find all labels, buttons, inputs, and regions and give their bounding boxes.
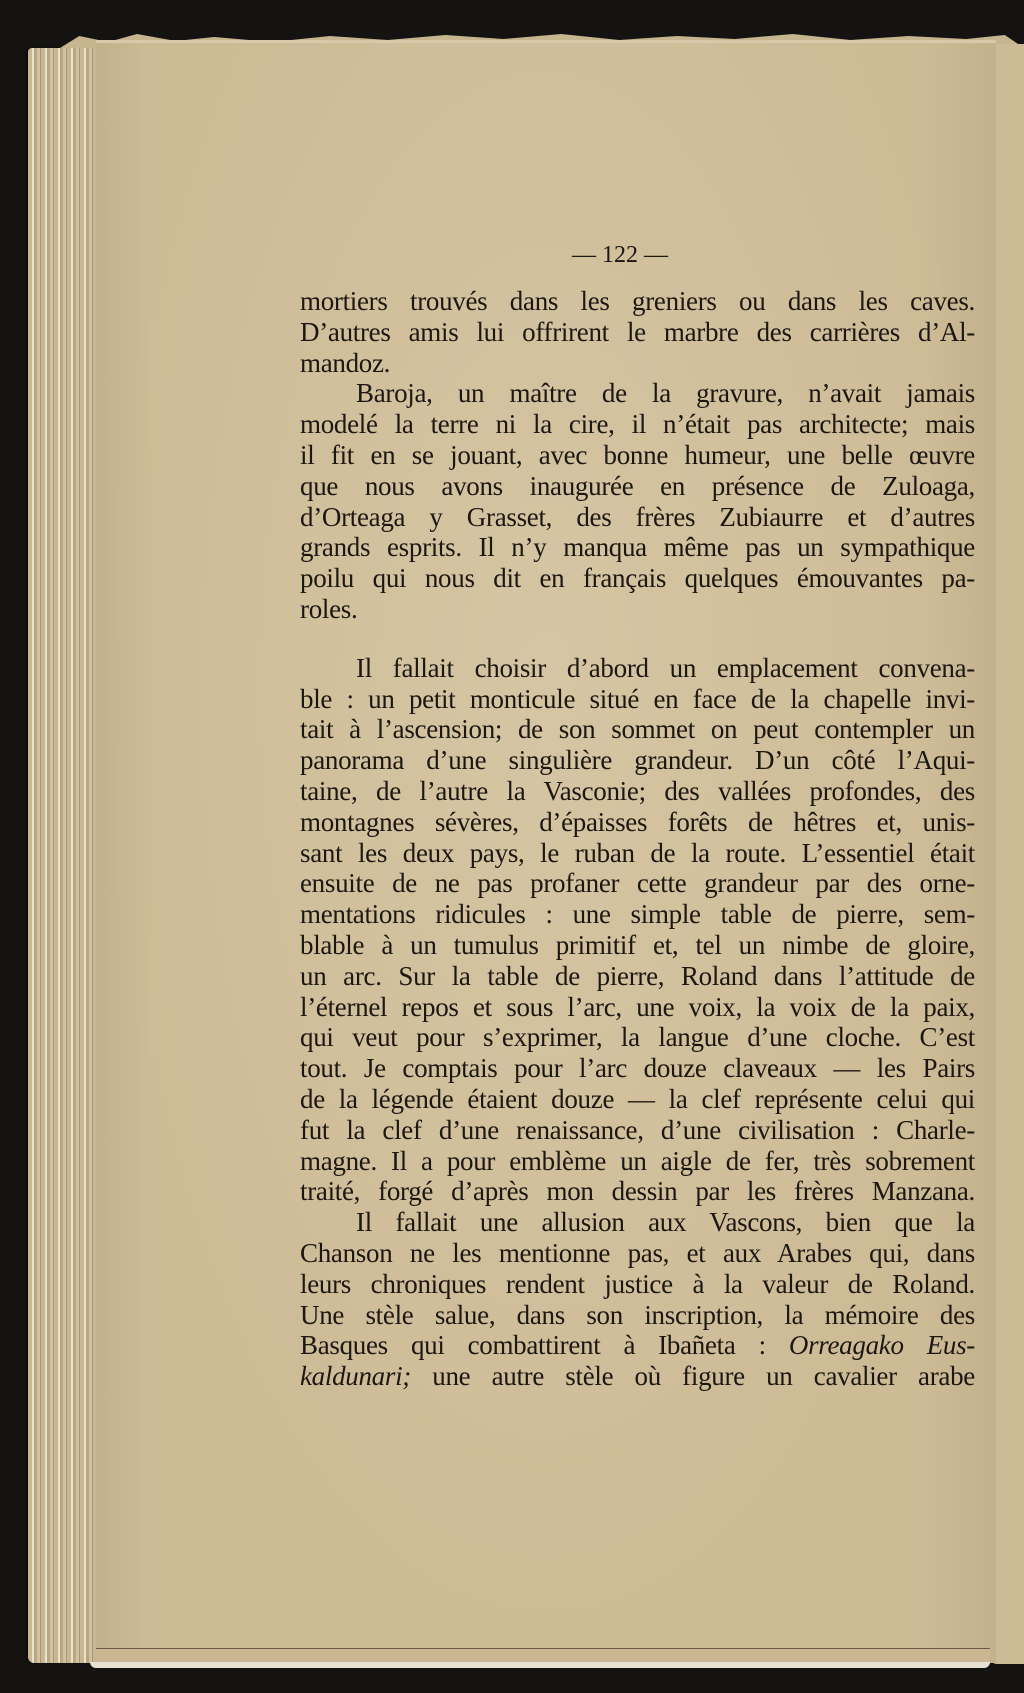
text-line: modelé la terre ni la cire, il n’était p… <box>300 409 975 440</box>
text-line: l’éternel repos et sous l’arc, une voix,… <box>300 992 975 1023</box>
text-line: roles. <box>300 594 975 625</box>
paragraph: Il fallait choisir d’abord un emplacemen… <box>300 653 975 1207</box>
text-line: D’autres amis lui offrirent le marbre de… <box>300 317 975 348</box>
facing-page-edge <box>994 44 1024 1664</box>
text-line: Baroja, un maître de la gravure, n’avait… <box>300 378 975 409</box>
text-line: magne. Il a pour emblème un aigle de fer… <box>300 1146 975 1177</box>
text-line: fut la clef d’une renaissance, d’une civ… <box>300 1115 975 1146</box>
paragraph: mortiers trouvés dans les greniers ou da… <box>300 286 975 378</box>
body-text: mortiers trouvés dans les greniers ou da… <box>300 286 975 1392</box>
text-line: blable à un tumulus primitif et, tel un … <box>300 930 975 961</box>
italic-basque-inscription: kaldunari; <box>300 1361 411 1391</box>
text-line: poilu qui nous dit en français quelques … <box>300 563 975 594</box>
text-line: Basques qui combattirent à Ibañeta : Orr… <box>300 1330 975 1361</box>
text-run: Basques qui combattirent à Ibañeta : <box>300 1330 789 1360</box>
text-line: tout. Je comptais pour l’arc douze clave… <box>300 1053 975 1084</box>
page-bottom-edge <box>90 1662 990 1668</box>
text-line: tait à l’ascension; de son sommet on peu… <box>300 714 975 745</box>
page-stack-edges <box>28 48 100 1663</box>
text-line: mortiers trouvés dans les greniers ou da… <box>300 286 975 317</box>
text-line: sant les deux pays, le ruban de la route… <box>300 838 975 869</box>
text-run: une autre stèle où figure un cavalier ar… <box>411 1361 975 1391</box>
text-line: Chanson ne les mentionne pas, et aux Ara… <box>300 1238 975 1269</box>
text-line: il fit en se jouant, avec bonne humeur, … <box>300 440 975 471</box>
text-line: qui veut pour s’exprimer, la langue d’un… <box>300 1022 975 1053</box>
text-line: d’Orteaga y Grasset, des frères Zubiaurr… <box>300 502 975 533</box>
paragraph: Il fallait une allusion aux Vascons, bie… <box>300 1207 975 1392</box>
paragraph-gap <box>300 625 975 653</box>
text-line: que nous avons inaugurée en présence de … <box>300 471 975 502</box>
text-line: Il fallait choisir d’abord un emplacemen… <box>300 653 975 684</box>
text-line: panorama d’une singulière grandeur. D’un… <box>300 745 975 776</box>
text-line: taine, de l’autre la Vasconie; des vallé… <box>300 776 975 807</box>
italic-basque-inscription: Orreagako Eus- <box>789 1330 975 1360</box>
text-line: grands esprits. Il n’y manqua même pas u… <box>300 532 975 563</box>
text-line: leurs chroniques rendent justice à la va… <box>300 1269 975 1300</box>
text-line: de la légende étaient douze — la clef re… <box>300 1084 975 1115</box>
text-line: mentations ridicules : une simple table … <box>300 899 975 930</box>
text-line: ensuite de ne pas profaner cette grandeu… <box>300 868 975 899</box>
paragraph: Baroja, un maître de la gravure, n’avait… <box>300 378 975 624</box>
text-line: Il fallait une allusion aux Vascons, bie… <box>300 1207 975 1238</box>
page-number: — 122 — <box>560 242 680 269</box>
text-line: un arc. Sur la table de pierre, Roland d… <box>300 961 975 992</box>
text-line: montagnes sévères, d’épaisses forêts de … <box>300 807 975 838</box>
text-line: traité, forgé d’après mon dessin par les… <box>300 1176 975 1207</box>
text-line: mandoz. <box>300 348 975 379</box>
text-line: kaldunari; une autre stèle où figure un … <box>300 1361 975 1392</box>
text-line: ble : un petit monticule situé en face d… <box>300 684 975 715</box>
text-line: Une stèle salue, dans son inscription, l… <box>300 1300 975 1331</box>
